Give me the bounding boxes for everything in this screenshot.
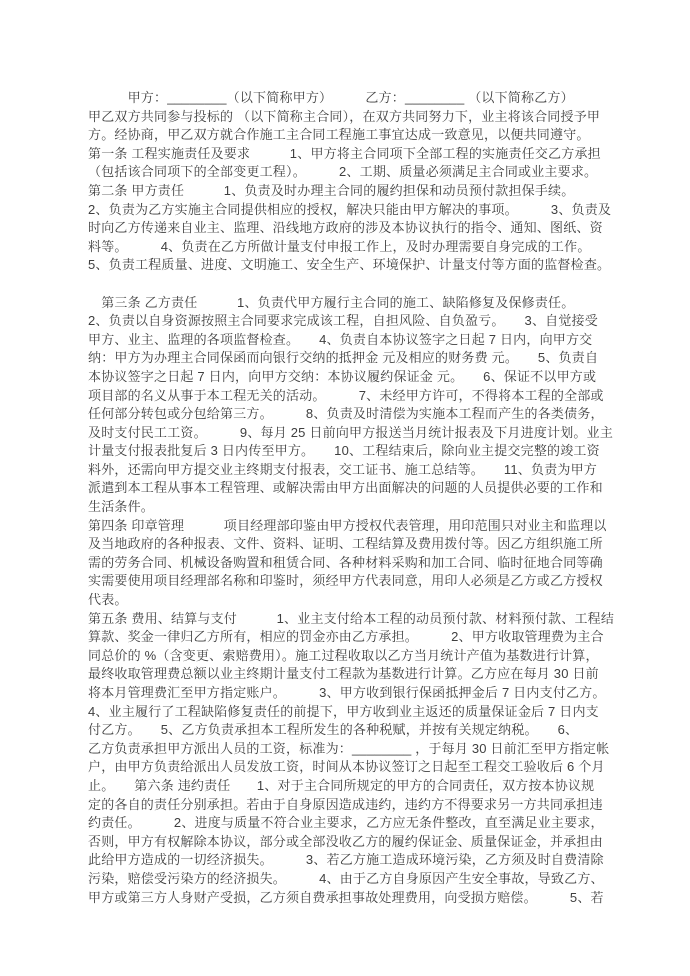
document-line: 生活条件。: [88, 498, 604, 517]
document-line: 任何部分转包或分包给第三方。 8、负责及时清偿为实施本工程而产生的各类债务，: [88, 405, 604, 424]
document-line: 2、负责为乙方实施主合同提供相应的授权，解决只能由甲方解决的事项。 3、负责及: [88, 201, 604, 220]
document-line-blank: [88, 275, 604, 294]
document-line: 派遣到本工程从事本工程管理、或解决需由甲方出面解决的问题的人员提供必要的工作和: [88, 479, 604, 498]
document-line: 付乙方。 5、乙方负责承担本工程所发生的各种税赋，并按有关规定纳税。 6、: [88, 721, 604, 740]
document-line: 户，由甲方负责给派出人员发放工资，时间从本协议签订之日起至工程交工验收后 6 个…: [88, 758, 604, 777]
contract-document-page: 甲方：________（以下简称甲方） 乙方：________ （以下简称乙方）…: [88, 89, 604, 907]
document-line: 5、负责工程质量、进度、文明施工、安全生产、环境保护、计量支付等方面的监督检查。: [88, 256, 604, 275]
document-line: 甲乙双方共同参与投标的 （以下简称主合同），在双方共同努力下，业主将该合同授予甲: [88, 108, 604, 127]
document-line: 纳：甲方为办理主合同保函而向银行交纳的抵押金 元及相应的财务费 元。 5、负责自: [88, 349, 604, 368]
document-line: 项目部的名义从事于本工程无关的活动。 7、未经甲方许可，不得将本工程的全部或: [88, 387, 604, 406]
document-line: 污染，赔偿受污染方的经济损失。 4、由于乙方自身原因产生安全事故，导致乙方、: [88, 870, 604, 889]
document-line: 定的各自的责任分别承担。若由于自身原因造成违约，违约方不得要求另一方共同承担违: [88, 796, 604, 815]
document-line: 甲方或第三方人身财产受损，乙方须自费承担事故处理费用，向受损方赔偿。 5、若: [88, 889, 604, 908]
document-line: 及当地政府的各种报表、文件、资料、证明、工程结算及费用拨付等。因乙方组织施工所: [88, 535, 604, 554]
document-line: 否则，甲方有权解除本协议，部分或全部没收乙方的履约保证金、质量保证金，并承担由: [88, 833, 604, 852]
document-line: 将本月管理费汇至甲方指定账户。 3、甲方收到银行保函抵押金后 7 日内支付乙方。: [88, 684, 604, 703]
document-line: 计量支付报表批复后 3 日内传至甲方。 10、工程结束后，除向业主提交完整的竣工…: [88, 442, 604, 461]
document-line: 料等。 4、负责在乙方所做计量支付申报工作上，及时办理需要自身完成的工作。: [88, 238, 604, 257]
document-line: 第一条 工程实施责任及要求 1、甲方将主合同项下全部工程的实施责任交乙方承担: [88, 145, 604, 164]
document-line: 代表。: [88, 591, 604, 610]
document-line: 2、负责以自身资源按照主合同要求完成该工程，自担风险、自负盈亏。 3、自觉接受: [88, 312, 604, 331]
document-line: 同总价的 %（含变更、索赔费用）。施工过程收取以乙方当月统计产值为基数进行计算，: [88, 647, 604, 666]
document-line: 此给甲方造成的一切经济损失。 3、若乙方施工造成环境污染，乙方须及时自费清除: [88, 851, 604, 870]
document-line: 第三条 乙方责任 1、负责代甲方履行主合同的施工、缺陷修复及保修责任。: [88, 294, 604, 313]
document-line: 第二条 甲方责任 1、负责及时办理主合同的履约担保和动员预付款担保手续。: [88, 182, 604, 201]
document-line: 料外，还需向甲方提交业主终期支付报表，交工证书、施工总结等。 11、负责为甲方: [88, 461, 604, 480]
document-line: 甲方：________（以下简称甲方） 乙方：________ （以下简称乙方）: [88, 89, 604, 108]
document-line: 第四条 印章管理 项目经理部印鉴由甲方授权代表管理，用印范围只对业主和监理以: [88, 517, 604, 536]
document-line: 4、业主履行了工程缺陷修复责任的前提下，甲方收到业主返还的质量保证金后 7 日内…: [88, 703, 604, 722]
document-line: 乙方负责承担甲方派出人员的工资，标准为：________ ，于每月 30 日前汇…: [88, 740, 604, 759]
document-line: 止。 第六条 违约责任 1、对于主合同所规定的甲方的合同责任，双方按本协议规: [88, 777, 604, 796]
document-line: 本协议签字之日起 7 日内，向甲方交纳：本协议履约保证金 元。 6、保证不以甲方…: [88, 368, 604, 387]
document-line: 第五条 费用、结算与支付 1、业主支付给本工程的动员预付款、材料预付款、工程结: [88, 610, 604, 629]
document-line: 及时支付民工工资。 9、每月 25 日前向甲方报送当月统计报表及下月进度计划。业…: [88, 424, 604, 443]
document-line: 时向乙方传递来自业主、监理、沿线地方政府的涉及本协议执行的指令、通知、图纸、资: [88, 219, 604, 238]
document-line: 最终收取管理费总额以业主终期计量支付工程款为基数进行计算。乙方应在每月 30 日…: [88, 665, 604, 684]
document-line: 实需要使用项目经理部名称和印鉴时，须经甲方代表同意，用印人必须是乙方或乙方授权: [88, 572, 604, 591]
document-line: 方。经协商，甲乙双方就合作施工主合同工程施工事宜达成一致意见，以便共同遵守。: [88, 126, 604, 145]
document-line: 约责任。 2、进度与质量不符合业主要求，乙方应无条件整改，直至满足业主要求，: [88, 814, 604, 833]
document-line: （包括该合同项下的全部变更工程）。 2、工期、质量必须满足主合同或业主要求。: [88, 163, 604, 182]
document-line: 算款、奖金一律归乙方所有，相应的罚金亦由乙方承担。 2、甲方收取管理费为主合: [88, 628, 604, 647]
document-line: 需的劳务合同、机械设备购置和租赁合同、各种材料采购和加工合同、临时征地合同等确: [88, 554, 604, 573]
document-line: 甲方、业主、监理的各项监督检查。 4、负责自本协议签字之日起 7 日内，向甲方交: [88, 331, 604, 350]
